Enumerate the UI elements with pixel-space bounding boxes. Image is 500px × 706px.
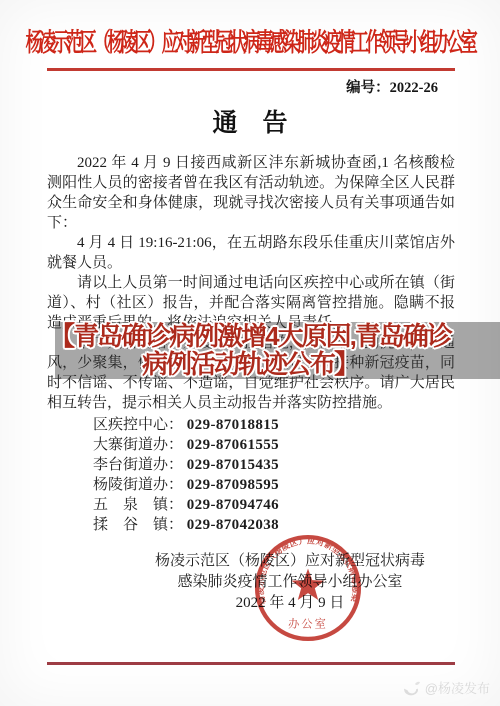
watermark-text: @杨凌发布 <box>425 678 490 697</box>
contact-phone-list: 区疾控中心： 029-87018815 大寨街道办： 029-87061555 … <box>47 415 455 535</box>
footer-divider <box>47 662 455 665</box>
contact-phone: 029-87015435 <box>187 457 279 473</box>
contact-phone: 029-87094746 <box>187 497 279 513</box>
contact-row: 区疾控中心： 029-87018815 <box>93 415 455 435</box>
contact-phone: 029-87098595 <box>187 477 279 493</box>
letterhead-divider <box>47 68 455 71</box>
contact-label: 大寨街道办 <box>93 435 168 455</box>
headline-line-1: 【青岛确诊病例激增4大原因,青岛确诊 <box>0 322 500 350</box>
contact-label: 揉 谷 镇 <box>93 515 168 535</box>
contact-row: 李台街道办： 029-87015435 <box>93 455 455 475</box>
contact-row: 五 泉 镇： 029-87094746 <box>93 495 455 515</box>
contact-phone: 029-87042038 <box>187 517 279 533</box>
contact-label: 区疾控中心 <box>93 415 168 435</box>
seal-star-icon <box>292 569 325 600</box>
seal-ring-text: 杨凌示范区（杨陵区）应对新型冠状病毒感染肺炎疫情工作领导小组 <box>252 532 361 605</box>
contact-label: 李台街道办 <box>93 455 168 475</box>
headline-line-2: 病例活动轨迹公布】 <box>0 350 500 378</box>
official-seal: 杨凌示范区（杨陵区）应对新型冠状病毒感染肺炎疫情工作领导小组 办公室 <box>252 532 364 644</box>
doc-number: 编号：2022-26 <box>346 76 438 97</box>
notice-title: 通 告 <box>0 103 500 139</box>
contact-row: 杨陵街道办： 029-87098595 <box>93 475 455 495</box>
contact-colon: ： <box>168 497 183 513</box>
contact-label: 五 泉 镇 <box>93 495 168 515</box>
contact-label: 杨陵街道办 <box>93 475 168 495</box>
contact-colon: ： <box>168 417 183 433</box>
contact-colon: ： <box>168 457 183 473</box>
paragraph-track: 4 月 4 日 19:16-21:06，在五胡路东段乐佳重庆川菜馆店外就餐人员。 <box>47 233 455 273</box>
letterhead-org-title: 杨凌示范区（杨陵区）应对新型冠状病毒感染肺炎疫情工作领导小组办公室 <box>0 21 500 59</box>
contact-phone: 029-87061555 <box>187 437 279 453</box>
seal-center-label: 办公室 <box>288 617 328 631</box>
contact-phone: 029-87018815 <box>187 417 279 433</box>
contact-colon: ： <box>168 477 183 493</box>
watermark-logo-icon <box>403 680 421 696</box>
contact-colon: ： <box>168 517 183 533</box>
watermark: @杨凌发布 <box>403 678 490 697</box>
contact-row: 大寨街道办： 029-87061555 <box>93 435 455 455</box>
paragraph-intro: 2022 年 4 月 9 日接西咸新区沣东新城协查函,1 名核酸检测阳性人员的密… <box>47 153 455 233</box>
contact-colon: ： <box>168 437 183 453</box>
notice-document-photo: 杨凌示范区（杨陵区）应对新型冠状病毒感染肺炎疫情工作领导小组办公室 编号：202… <box>0 0 500 706</box>
